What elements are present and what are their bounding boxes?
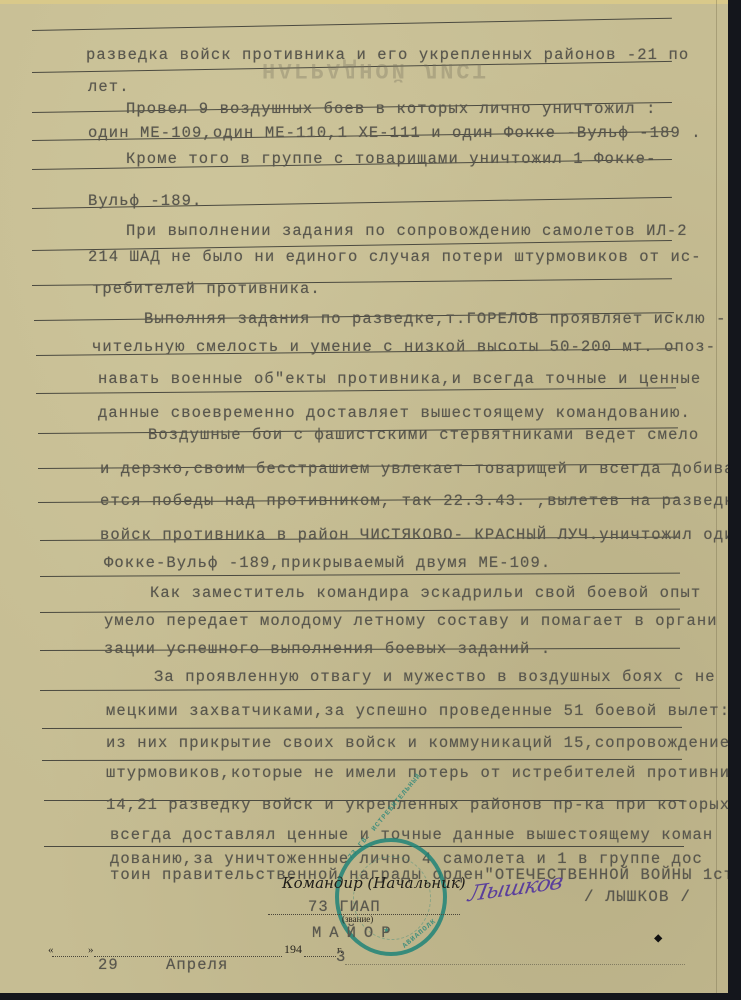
text-line: требителей противника. [92,280,321,298]
text-line: мецкими захватчиками,за успешно проведен… [106,702,728,720]
text-line: Как заместитель командира эскадрильи сво… [150,584,701,602]
year-prefix: 194 [284,942,302,957]
date-day-underline [52,956,88,957]
text-line: данные своевременно доставляет вышестоящ… [98,404,691,422]
stamp-text-top: 73 ГВ. ИСТРЕБИТЕЛЬНЫЙ [347,772,423,861]
text-line: Вульф -189. [88,192,202,210]
text-line: Провел 9 воздушных боев в которых лично … [126,100,656,118]
date-year-underline [304,956,336,957]
text-line: разведка войск противника и его укреплен… [86,46,689,64]
ruled-line [40,573,680,577]
text-line: За проявленную отвагу и мужество в возду… [154,668,716,686]
text-line: Кроме того в группе с товарищами уничтож… [126,150,656,168]
text-line: лет. [88,78,130,96]
signer-name: / ЛЫШКОВ / [584,888,691,906]
rank-caption: (звание) [342,914,373,924]
text-line: и дерзко,своим бесстрашием увлекает това… [100,460,728,478]
text-line: один МЕ-109,один МЕ-110,1 ХЕ-111 и один … [88,124,702,142]
text-line: из них прикрытие своих войск и коммуника… [106,734,728,752]
date-close-quote: » [88,944,94,956]
ruled-line [42,727,682,729]
text-line: 214 ШАД не было ни единого случая потери… [88,248,702,266]
text-line: навать военные об"екты противника,и всег… [98,370,701,388]
ruled-line [40,688,680,691]
ruled-line [36,387,676,394]
date-month: Апреля [166,956,228,974]
text-line: При выполнении задания по сопровождению … [126,222,688,240]
text-line: зации успешного выполнения боевых задани… [104,640,551,658]
date-open-quote: « [48,944,54,956]
text-line: чительную смелость и умение с низкой выс… [92,338,716,356]
text-line: ется победы над противником, так 22.3.43… [100,492,728,510]
commander-label: Командир (Начальник) [282,874,466,892]
date-day: 29 [98,956,119,974]
text-line: умело передает молодому летному составу … [104,612,718,630]
top-edge-strip [0,0,728,4]
text-line: 14,21 разведку войск и укрепленных район… [106,796,728,814]
ruled-line [32,18,672,31]
text-line: Выполняя задания по разведке,т.ГОРЕЛОВ п… [144,310,726,328]
date-year-digit: 3 [336,948,346,966]
punch-mark: ◆ [654,930,662,947]
date-trailing-line [345,964,685,965]
rank-text: МАЙОР [312,924,399,942]
text-line: Фокке-Вульф -189,прикрываемый двумя МЕ-1… [104,554,551,572]
text-line: войск противника в район ЧИСТЯКОВО- КРАС… [100,526,728,544]
document-page: НАГРАДНОЙ ЛИСТ разведка войск противника… [0,0,728,993]
ruled-line [42,759,682,761]
text-line: Воздушные бои с фашистскими стервятникам… [148,426,699,444]
